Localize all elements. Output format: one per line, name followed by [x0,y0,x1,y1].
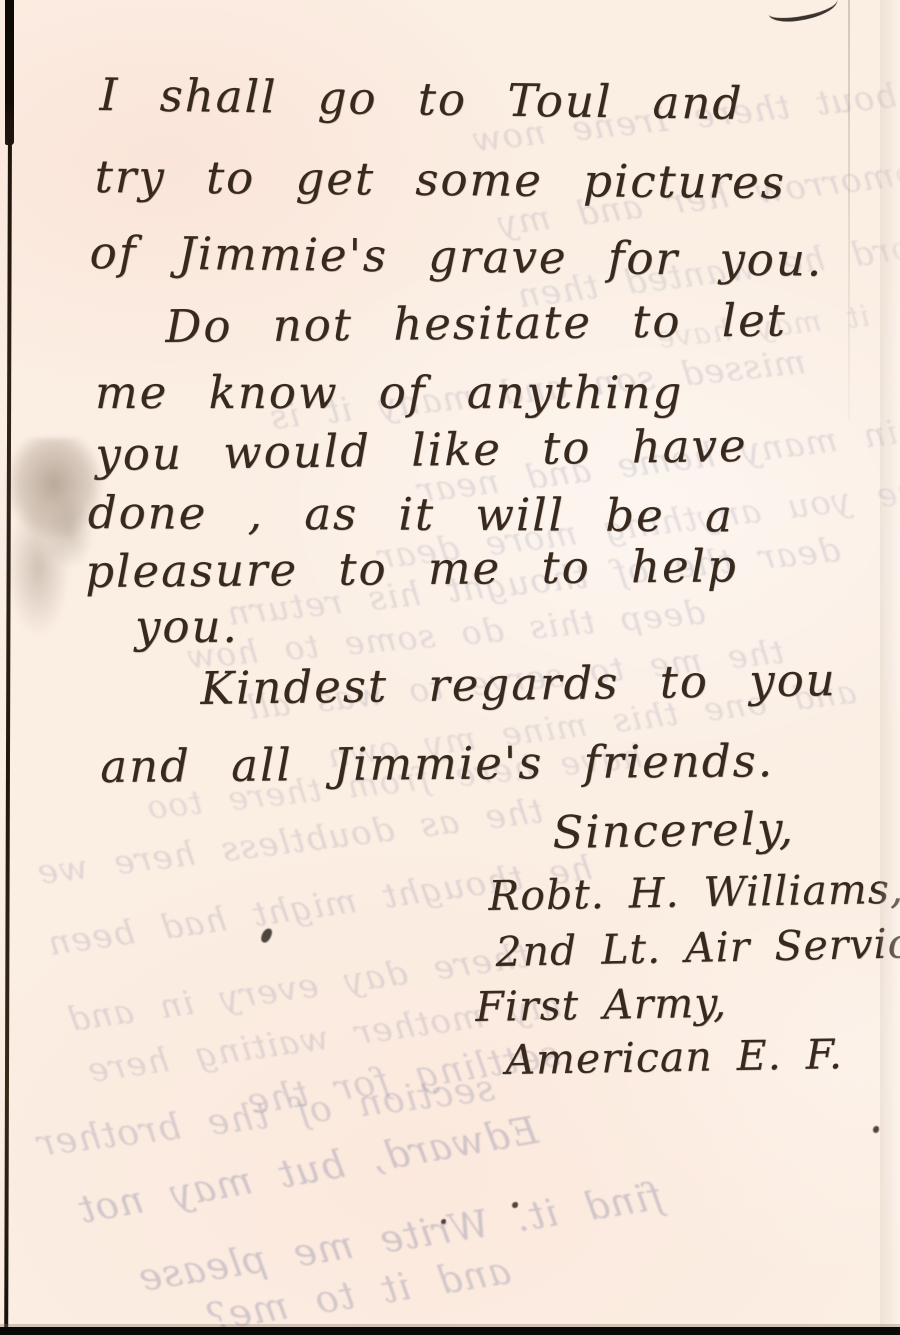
handwriting-line: try to get some pictures [95,150,787,209]
handwriting-line: I shall go to Toul and [99,68,743,130]
signature-unit: First Army, [475,979,727,1031]
scan-edge-left [4,120,12,1335]
closing-line: Sincerely, [552,802,795,859]
signature-name: Robt. H. Williams, Jr [488,864,900,920]
handwriting-line: Kindest regards to you [200,653,837,715]
handwriting-line: you would like to have [95,419,748,481]
signature-rank: 2nd Lt. Air Service, [495,918,900,976]
ink-speck [873,1126,879,1133]
paper-stain [6,438,121,648]
handwriting-line: you. [135,600,239,653]
handwriting-line: done , as it will be a [88,486,734,542]
handwriting-line: Do not hesitate to let [165,293,787,353]
handwriting-line: me know of anything [95,366,683,419]
ink-flourish-top-edge [767,0,840,25]
page-right-edge [880,0,900,1335]
handwriting-line: of Jimmie's grave for you. [89,226,823,287]
scan-edge-bottom [0,1327,900,1335]
paper-crease [848,0,850,420]
signature-force: American E. F. [505,1030,843,1084]
handwriting-line: pleasure to me to help [85,539,738,598]
handwriting-line: and all Jimmie's friends. [100,734,774,793]
letter-page: and about there Irene now coming tomorro… [0,0,900,1335]
